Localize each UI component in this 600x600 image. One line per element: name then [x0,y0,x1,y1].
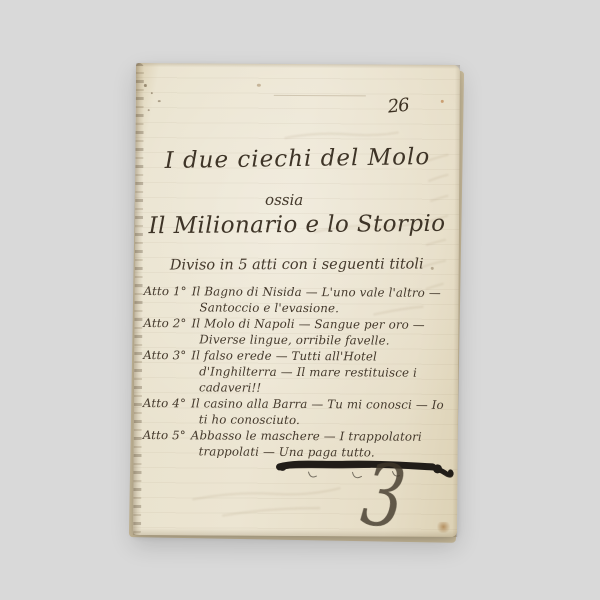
division-note: Diviso in 5 atti con i seguenti titoli [143,256,451,273]
act-line-1: Atto 1°Il Bagno di Nisida — L'uno vale l… [143,284,447,317]
act-list: Atto 1°Il Bagno di Nisida — L'uno vale l… [143,284,448,462]
page-number: 26 [387,95,410,118]
act-label: Atto 1° [144,284,192,298]
act-text: Il Bagno di Nisida — L'uno vale l'altro … [192,284,441,314]
act-label: Atto 5° [143,428,191,442]
foxing-speck [151,92,153,94]
manuscript-page: 26 I due ciechi del Molo ossia Il Milion… [133,63,460,537]
foxing-speck [257,84,261,87]
foxing-speck [148,109,150,111]
manuscript-subtitle: Il Milionario e lo Storpio [137,211,457,240]
foxing-speck [158,100,161,102]
binding-edge [133,63,144,535]
act-label: Atto 2° [143,316,191,330]
act-label: Atto 4° [143,396,191,410]
act-line-4: Atto 4°Il casino alla Barra — Tu mi cono… [143,396,447,429]
page-edge-top [136,63,460,69]
photo-of-manuscript: 26 I due ciechi del Molo ossia Il Milion… [0,0,600,600]
act-line-3: Atto 3°Il falso erede — Tutti all'Hotel … [143,348,447,397]
title-connector: ossia [135,190,433,210]
act-text: Il Molo di Napoli — Sangue per oro — Div… [191,317,424,348]
act-text: Il falso erede — Tutti all'Hotel d'Inghi… [191,349,417,395]
act-text: Il casino alla Barra — Tu mi conosci — I… [191,396,444,426]
act-line-2: Atto 2°Il Molo di Napoli — Sangue per or… [143,316,447,349]
foxing-speck [144,84,147,87]
corner-stain [437,522,451,533]
manuscript-title: I due ciechi del Molo [149,144,445,174]
act-label: Atto 3° [143,348,191,362]
foxing-speck [441,100,444,103]
faint-header-rule [274,95,366,97]
